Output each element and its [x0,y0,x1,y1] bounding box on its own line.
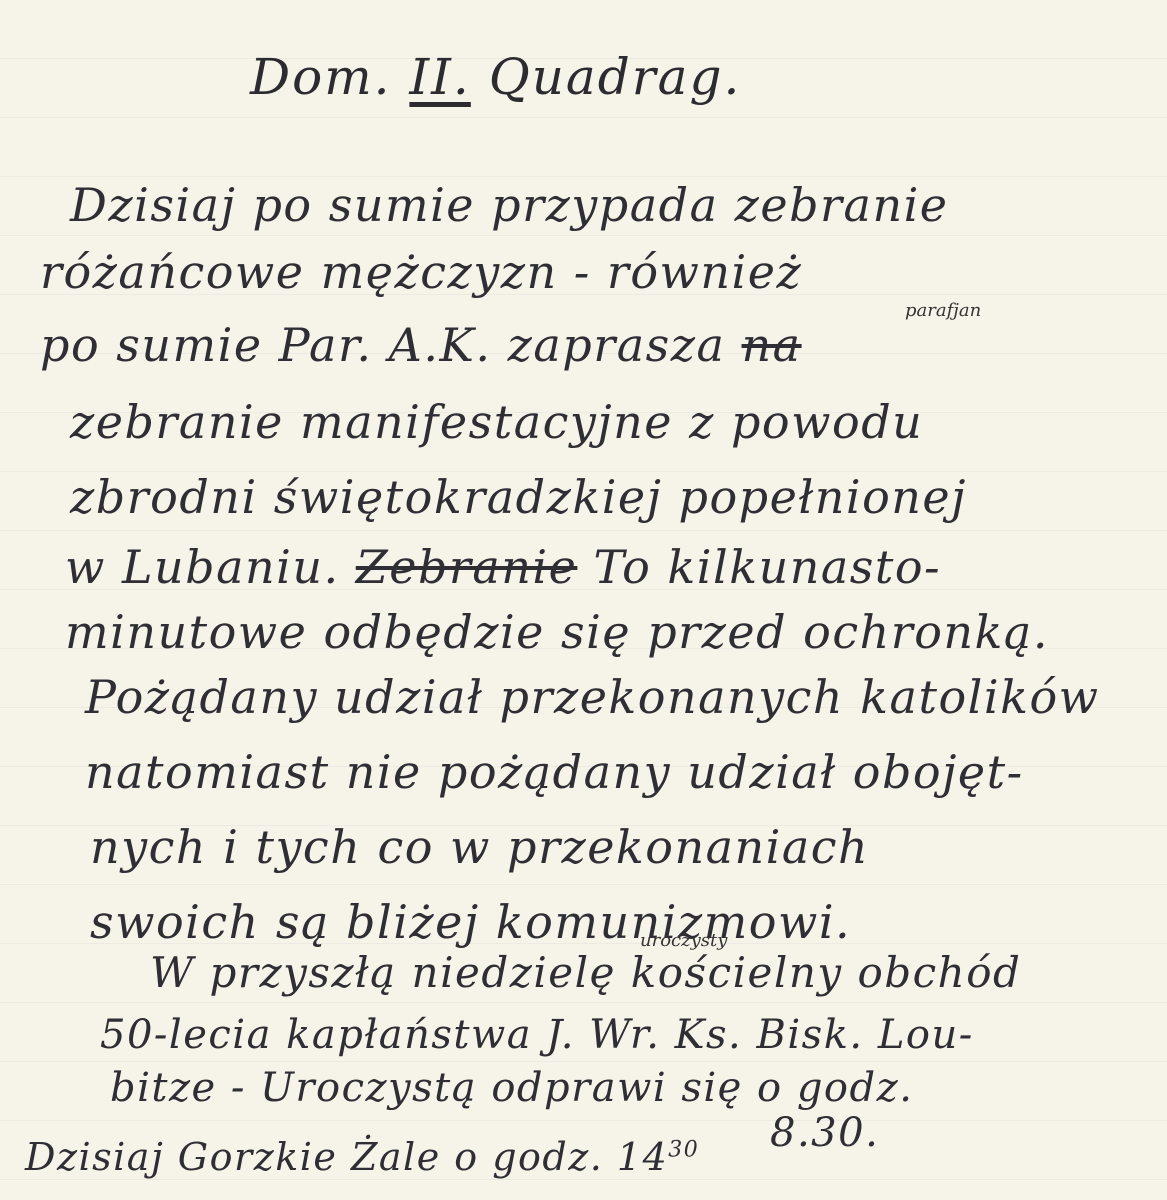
text-line: natomiast nie pożądany udział obojęt- [85,745,1024,799]
text-line: zebranie manifestacyjne z powodu [70,395,923,449]
line-text: Dzisiaj Gorzkie Żale o godz. 14 [25,1135,668,1179]
struck-word: na [742,318,802,372]
mass-time: 8.30. [770,1110,879,1156]
time-superscript: 30 [668,1137,699,1162]
page-title: Dom. II. Quadrag. [250,48,741,106]
title-roman-numeral: II. [409,48,470,106]
title-suffix: Quadrag. [489,48,742,106]
text-line: w Lubaniu. Zebranie To kilkunasto- [65,540,941,594]
title-prefix: Dom. [250,48,392,106]
text-line: swoich są bliżej komunizmowi. [90,895,851,949]
struck-word: Zebranie [356,540,578,594]
text-line: Dzisiaj po sumie przypada zebranie [70,178,949,232]
manuscript-page: Dom. II. Quadrag. Dzisiaj po sumie przyp… [0,0,1167,1200]
interlinear-insertion: parafjan [905,300,981,321]
line-text-after: To kilkunasto- [594,540,942,594]
text-line: 50-lecia kapłaństwa J. Wr. Ks. Bisk. Lou… [100,1012,974,1058]
text-line: W przyszłą niedzielę kościelny obchód [150,948,1021,997]
text-line: Pożądany udział przekonanych katolików [85,670,1100,724]
text-line: nych i tych co w przekonaniach [90,820,869,874]
line-text: po sumie Par. A.K. zaprasza [40,318,725,372]
text-line: bitze - Uroczystą odprawi się o godz. [110,1065,913,1111]
text-line: Dzisiaj Gorzkie Żale o godz. 1430 [25,1135,699,1179]
line-text-before: w Lubaniu. [65,540,340,594]
text-line: po sumie Par. A.K. zaprasza na [40,318,802,372]
text-line: minutowe odbędzie się przed ochronką. [65,605,1049,659]
text-line: zbrodni świętokradzkiej popełnionej [70,470,967,524]
text-line: różańcowe mężczyzn - również [40,245,802,299]
